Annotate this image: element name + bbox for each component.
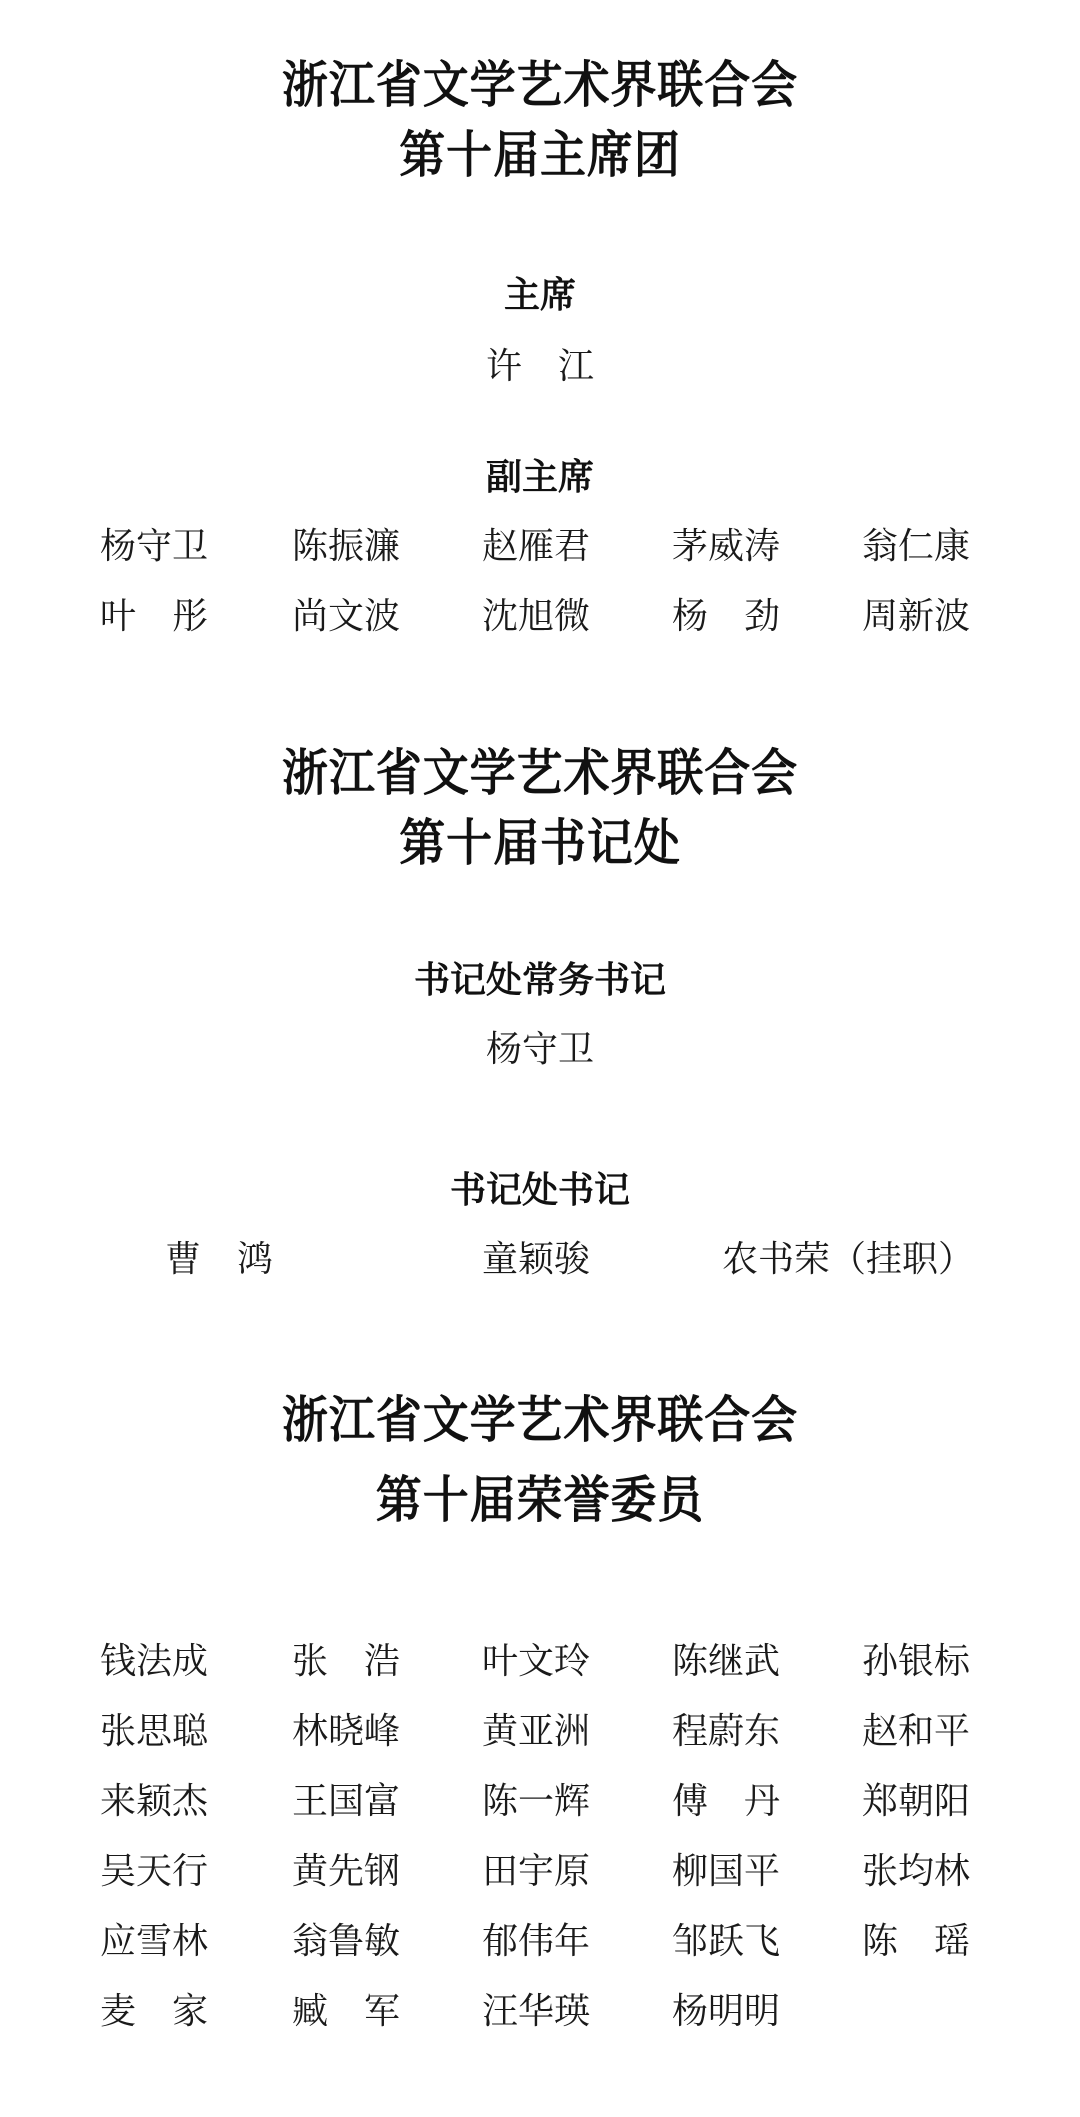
executive-secretary-name: 杨守卫	[0, 1025, 1080, 1075]
name: 杨 劲	[672, 592, 780, 642]
name: 郑朝阳	[862, 1777, 970, 1827]
name: 傅 丹	[672, 1777, 780, 1827]
name: 陈 瑶	[862, 1917, 970, 1967]
honorary-row: 应雪林 翁鲁敏 郁伟年 邹跃飞 陈 瑶	[0, 1917, 1080, 1967]
honorary-row: 吴天行 黄先钢 田宇原 柳国平 张均林	[0, 1847, 1080, 1897]
group-label-secretary: 书记处书记	[0, 1165, 1080, 1215]
honorary-row: 麦 家 臧 军 汪华瑛 杨明明	[0, 1987, 1080, 2037]
name: 沈旭微	[482, 592, 590, 642]
section-title: 第十届书记处	[43, 808, 1037, 878]
section-title: 第十届荣誉委员	[43, 1465, 1037, 1535]
name: 王国富	[292, 1777, 400, 1827]
name: 田宇原	[482, 1847, 590, 1897]
name: 尚文波	[292, 592, 400, 642]
name: 吴天行	[100, 1847, 208, 1897]
name: 叶 彤	[100, 592, 208, 642]
org-title: 浙江省文学艺术界联合会	[43, 1385, 1037, 1455]
name: 臧 军	[292, 1987, 400, 2037]
honorary-row: 钱法成 张 浩 叶文玲 陈继武 孙银标	[0, 1637, 1080, 1687]
honorary-row: 来颖杰 王国富 陈一辉 傅 丹 郑朝阳	[0, 1777, 1080, 1827]
chairman-name: 许 江	[0, 342, 1080, 392]
name: 汪华瑛	[482, 1987, 590, 2037]
org-title: 浙江省文学艺术界联合会	[43, 50, 1037, 120]
name: 孙银标	[862, 1637, 970, 1687]
group-label-executive-secretary: 书记处常务书记	[0, 955, 1080, 1005]
section-title: 第十届主席团	[43, 120, 1037, 190]
name: 张均林	[862, 1847, 970, 1897]
name: 翁鲁敏	[292, 1917, 400, 1967]
name: 陈振濂	[292, 522, 400, 572]
name: 应雪林	[100, 1917, 208, 1967]
name: 陈一辉	[482, 1777, 590, 1827]
name: 赵和平	[862, 1707, 970, 1757]
name: 杨守卫	[100, 522, 208, 572]
org-title: 浙江省文学艺术界联合会	[43, 738, 1037, 808]
name: 曹 鸿	[165, 1235, 273, 1285]
name: 林晓峰	[292, 1707, 400, 1757]
vice-chairman-row: 叶 彤 尚文波 沈旭微 杨 劲 周新波	[0, 592, 1080, 642]
vice-chairman-row: 杨守卫 陈振濂 赵雁君 茅威涛 翁仁康	[0, 522, 1080, 572]
group-label-vice-chairman: 副主席	[0, 452, 1080, 502]
group-label-chairman: 主席	[0, 270, 1080, 320]
name: 黄先钢	[292, 1847, 400, 1897]
name: 黄亚洲	[482, 1707, 590, 1757]
name: 陈继武	[672, 1637, 780, 1687]
honorary-row: 张思聪 林晓峰 黄亚洲 程蔚东 赵和平	[0, 1707, 1080, 1757]
name: 程蔚东	[672, 1707, 780, 1757]
name: 麦 家	[100, 1987, 208, 2037]
name: 农书荣（挂职）	[722, 1235, 974, 1285]
name: 茅威涛	[672, 522, 780, 572]
name: 张 浩	[292, 1637, 400, 1687]
name: 杨明明	[672, 1987, 780, 2037]
name: 翁仁康	[862, 522, 970, 572]
name: 邹跃飞	[672, 1917, 780, 1967]
name: 张思聪	[100, 1707, 208, 1757]
secretary-row: 曹 鸿 童颖骏 农书荣（挂职）	[0, 1235, 1080, 1285]
name: 柳国平	[672, 1847, 780, 1897]
name: 周新波	[862, 592, 970, 642]
name: 童颖骏	[482, 1235, 590, 1285]
name: 钱法成	[100, 1637, 208, 1687]
name: 郁伟年	[482, 1917, 590, 1967]
name: 叶文玲	[482, 1637, 590, 1687]
name: 来颖杰	[100, 1777, 208, 1827]
name: 赵雁君	[482, 522, 590, 572]
